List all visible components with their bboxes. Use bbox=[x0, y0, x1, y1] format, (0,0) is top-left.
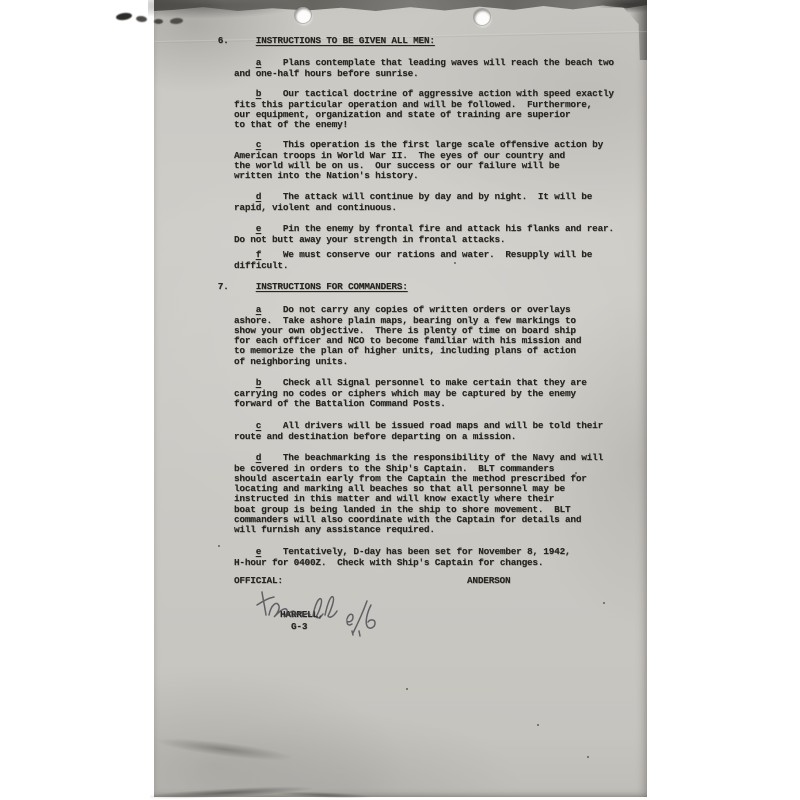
paragraph-text: We must conserve our rations and water. … bbox=[234, 249, 592, 270]
paragraph-text: All drivers will be issued road maps and… bbox=[234, 420, 603, 441]
ink-smudge bbox=[154, 19, 163, 24]
paragraph-text: Check all Signal personnel to make certa… bbox=[234, 377, 587, 409]
paragraph-7d: d The beachmarking is the responsibility… bbox=[234, 443, 654, 546]
paragraph-text: This operation is the first large scale … bbox=[234, 139, 603, 181]
section-number: 7. bbox=[218, 282, 256, 292]
crease-line bbox=[244, 787, 404, 800]
paragraph-text: Our tactical doctrine of aggressive acti… bbox=[234, 88, 614, 130]
ink-smudge bbox=[136, 15, 148, 22]
paper-speck bbox=[587, 756, 589, 758]
punch-hole-left bbox=[295, 7, 311, 23]
crease-line bbox=[150, 775, 410, 800]
paragraph-7a: a Do not carry any copies of written ord… bbox=[234, 295, 654, 377]
handwritten-signature bbox=[254, 580, 386, 638]
paper-speck bbox=[218, 545, 220, 547]
paragraph-text: Tentatively, D-day has been set for Nove… bbox=[234, 546, 570, 567]
approver-name: ANDERSON bbox=[467, 576, 510, 586]
paragraph-text: The beachmarking is the responsibility o… bbox=[234, 452, 603, 535]
section-heading: INSTRUCTIONS FOR COMMANDERS: bbox=[256, 281, 408, 292]
paragraph-text: The attack will continue by day and by n… bbox=[234, 191, 592, 212]
section-heading: INSTRUCTIONS TO BE GIVEN ALL MEN: bbox=[256, 35, 435, 46]
document-page: 6.INSTRUCTIONS TO BE GIVEN ALL MEN: a Pl… bbox=[154, 0, 647, 797]
paper-speck bbox=[406, 688, 408, 690]
paragraph-7e: e Tentatively, D-day has been set for No… bbox=[234, 537, 654, 578]
paragraph-text: Do not carry any copies of written order… bbox=[234, 304, 581, 366]
paper-speck bbox=[603, 602, 605, 604]
crease-line bbox=[153, 730, 354, 776]
section-number: 6. bbox=[218, 36, 256, 46]
paper-speck bbox=[537, 724, 539, 726]
punch-hole-right bbox=[474, 9, 490, 25]
paragraph-text: Plans contemplate that leading waves wil… bbox=[234, 57, 614, 78]
ink-smudge bbox=[116, 12, 133, 21]
